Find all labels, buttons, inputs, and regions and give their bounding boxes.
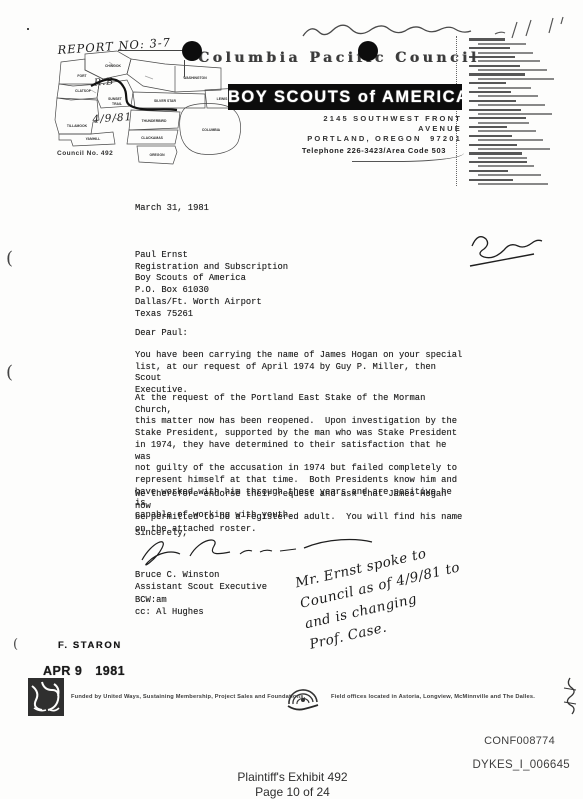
united-way-emblem xyxy=(284,676,322,712)
bullet-dot xyxy=(182,41,202,61)
exhibit-label: Plaintiff's Exhibit 492 xyxy=(205,770,380,784)
reference-block: BCW:am cc: Al Hughes xyxy=(135,595,204,618)
name-stamp: F. STARON xyxy=(58,640,122,651)
council-name: Columbia Pacific Council xyxy=(198,50,480,66)
date-stamp: APR 91981 xyxy=(43,664,125,678)
margin-paren: ( xyxy=(6,248,13,269)
map-district-label: CLACKAMAS xyxy=(141,136,164,140)
map-district-label: TRAIL xyxy=(112,102,122,106)
map-district-label: YAMHILL xyxy=(86,137,101,141)
handwritten-initials-mark xyxy=(462,220,562,270)
map-district-label: SILVER STAR xyxy=(154,99,176,103)
date-stamp-month: APR 9 xyxy=(43,664,82,678)
rule-swoosh xyxy=(352,153,464,162)
map-district-label: LEWIS xyxy=(217,97,228,101)
map-district-label: CLATSOP xyxy=(75,89,92,93)
map-district-label: TILLAMOOK xyxy=(67,124,88,128)
map-district-label: OREGON xyxy=(149,153,165,157)
map-district-label: SUNSET xyxy=(108,97,123,101)
footer-funding-text: Funded by United Ways, Sustaining Member… xyxy=(71,694,305,700)
officer-roster xyxy=(456,36,582,186)
address: 2145 SOUTHWEST FRONT AVENUE PORTLAND, OR… xyxy=(280,114,462,144)
leader-line xyxy=(184,60,185,77)
edge-scribble-mark xyxy=(560,676,580,716)
letter-date: March 31, 1981 xyxy=(135,203,209,215)
organization-banner: BOY SCOUTS of AMERICA xyxy=(228,84,462,110)
map-district-label: FORT xyxy=(77,74,87,78)
bullet-dot xyxy=(358,41,378,61)
paragraph-1: You have been carrying the name of James… xyxy=(135,350,465,397)
river-line xyxy=(91,79,177,110)
scanned-letter-page: REPORT NO: 3-7 R.B 4/9/81 xyxy=(0,0,583,799)
map-district-label: COLUMBIA xyxy=(202,128,221,132)
council-number: Council No. 492 xyxy=(57,150,113,157)
margin-paren: ( xyxy=(6,362,13,383)
margin-paren: ( xyxy=(13,637,18,652)
footer-field-offices-text: Field offices located in Astoria, Longvi… xyxy=(331,694,535,700)
recipient-address: Paul Ernst Registration and Subscription… xyxy=(135,250,288,320)
salutation: Dear Paul: xyxy=(135,328,188,340)
page-label: Page 10 of 24 xyxy=(205,785,380,799)
date-stamp-year: 1981 xyxy=(95,664,125,678)
signature-block: Bruce C. Winston Assistant Scout Executi… xyxy=(135,570,267,593)
scan-speck xyxy=(27,28,29,30)
leader-line xyxy=(118,50,184,51)
map-district-label: THUNDERBIRD xyxy=(142,119,167,123)
bates-number: DYKES_I_006645 xyxy=(450,759,570,771)
map-district-label: CHINOOK xyxy=(105,64,122,68)
council-seal-stamp xyxy=(28,678,64,716)
confidentiality-number: CONF008774 xyxy=(455,735,555,747)
map-district-label: WASHINGTON xyxy=(183,76,207,80)
